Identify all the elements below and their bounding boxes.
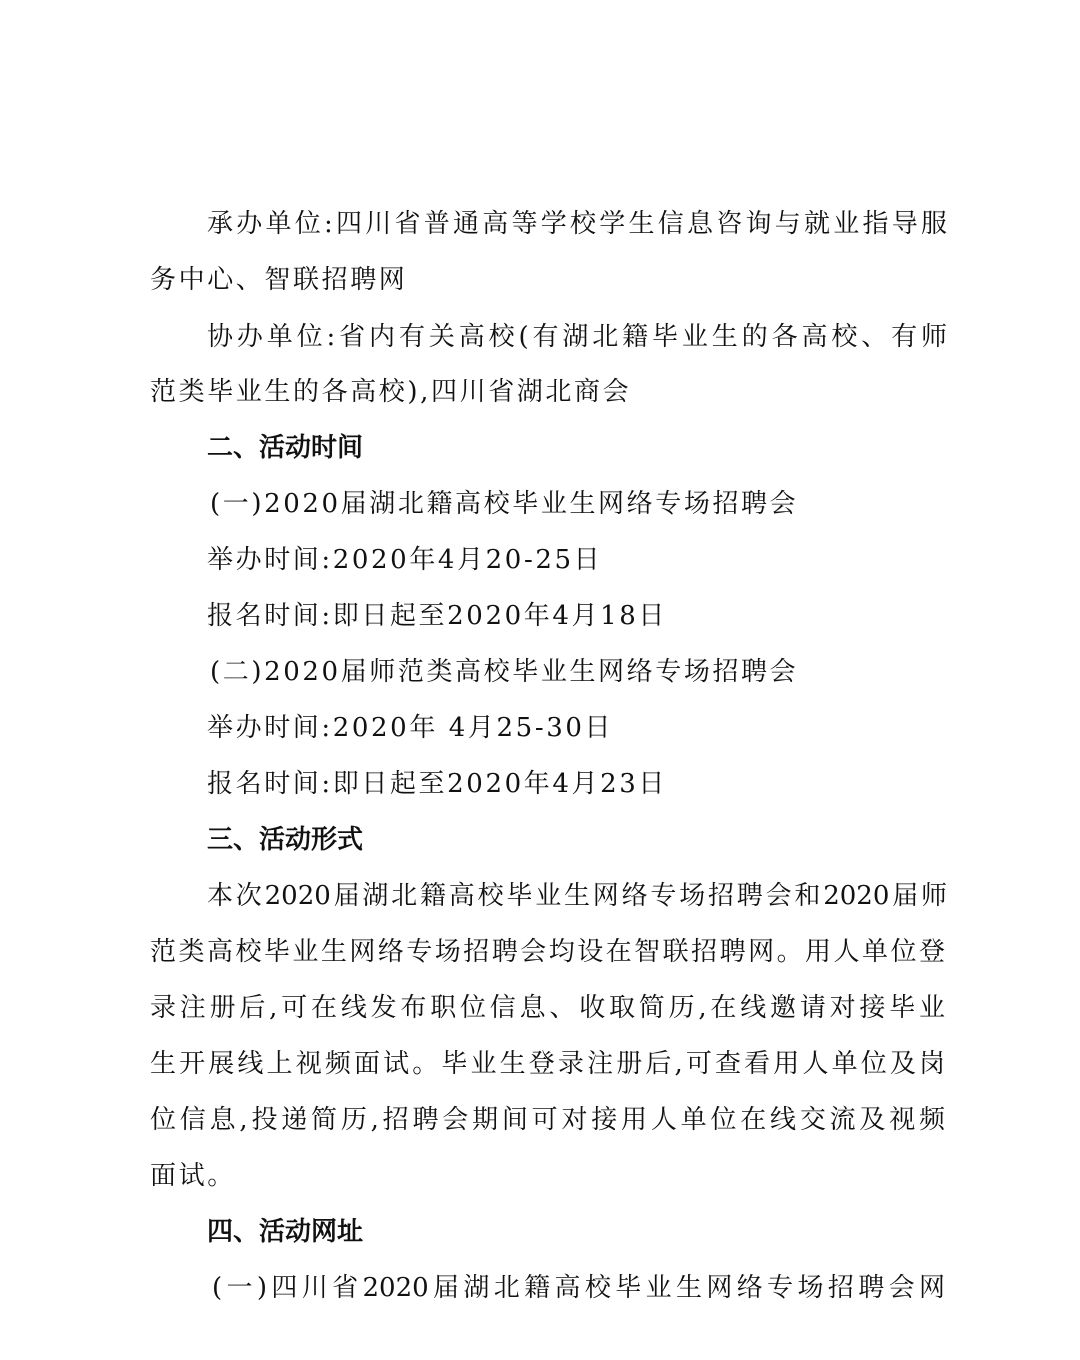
website-item-1: (一)四川省2020届湖北籍高校毕业生网络专场招聘会网: [212, 1271, 945, 1305]
format-line-6: 面试。: [150, 1159, 945, 1193]
document-page: 承办单位:四川省普通高等学校学生信息咨询与就业指导服 务中心、智联招聘网 协办单…: [0, 0, 1080, 1360]
format-line-1: 本次2020届湖北籍高校毕业生网络专场招聘会和2020届师: [207, 879, 947, 913]
organizer-line-2: 务中心、智联招聘网: [150, 263, 945, 297]
event1-register-time: 报名时间:即日起至2020年4月18日: [207, 599, 1002, 633]
section-heading-website: 四、活动网址: [207, 1215, 1002, 1249]
format-line-2: 范类高校毕业生网络专场招聘会均设在智联招聘网。用人单位登: [150, 935, 945, 969]
section-heading-format: 三、活动形式: [207, 823, 1002, 857]
event2-register-time: 报名时间:即日起至2020年4月23日: [207, 767, 1002, 801]
event1-hold-time: 举办时间:2020年4月20-25日: [207, 543, 1002, 577]
format-line-3: 录注册后,可在线发布职位信息、收取简历,在线邀请对接毕业: [150, 991, 945, 1025]
organizer-line-1: 承办单位:四川省普通高等学校学生信息咨询与就业指导服: [207, 207, 947, 241]
format-line-4: 生开展线上视频面试。毕业生登录注册后,可查看用人单位及岗: [150, 1047, 945, 1081]
co-organizer-line-1: 协办单位:省内有关高校(有湖北籍毕业生的各高校、有师: [207, 320, 947, 354]
section-heading-time: 二、活动时间: [207, 431, 1002, 465]
event2-title: (二)2020届师范类高校毕业生网络专场招聘会: [210, 655, 1005, 689]
format-line-5: 位信息,投递简历,招聘会期间可对接用人单位在线交流及视频: [150, 1103, 945, 1137]
co-organizer-line-2: 范类毕业生的各高校),四川省湖北商会: [150, 375, 945, 409]
event2-hold-time: 举办时间:2020年 4月25-30日: [207, 711, 1002, 745]
event1-title: (一)2020届湖北籍高校毕业生网络专场招聘会: [210, 487, 1005, 521]
